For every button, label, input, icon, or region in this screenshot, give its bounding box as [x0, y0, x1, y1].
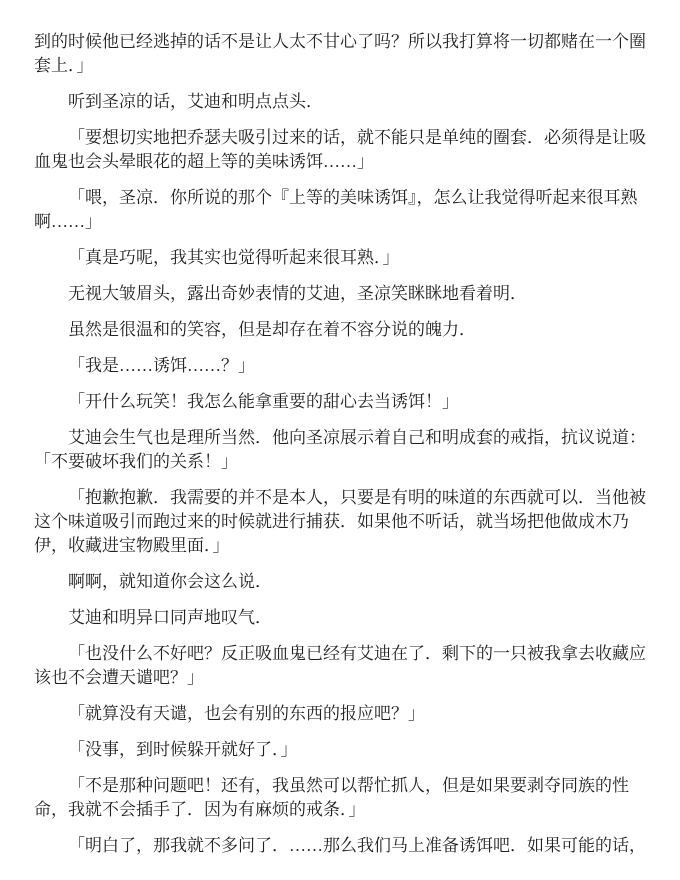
text-line: 艾迪会生气也是理所当然．他向圣凉展示着自己和明成套的戒指，抗议说道： — [34, 426, 646, 450]
paragraph: 到的时候他已经逃掉的话不是让人太不甘心了吗？所以我打算将一切都赌在一个圈 套上．… — [34, 30, 646, 78]
text-line: 这个味道吸引而跑过来的时候就进行捕获．如果他不听话，就当场把他做成木乃 — [34, 510, 646, 534]
paragraph: 「开什么玩笑！我怎么能拿重要的甜心去当诱饵！」 — [34, 390, 646, 414]
text-line: 「开什么玩笑！我怎么能拿重要的甜心去当诱饵！」 — [34, 390, 646, 414]
text-line: 套上．」 — [34, 54, 646, 78]
paragraph: 「没事，到时候躲开就好了．」 — [34, 738, 646, 762]
paragraph: 无视大皱眉头，露出奇妙表情的艾迪，圣凉笑眯眯地看着明． — [34, 282, 646, 306]
text-line: 「就算没有天谴，也会有别的东西的报应吧？」 — [34, 702, 646, 726]
paragraph: 「真是巧呢，我其实也觉得听起来很耳熟．」 — [34, 246, 646, 270]
paragraph: 「也没什么不好吧？反正吸血鬼已经有艾迪在了．剩下的一只被我拿去收藏应 该也不会遭… — [34, 642, 646, 690]
text-line: 伊，收藏进宝物殿里面．」 — [34, 534, 646, 558]
paragraph: 艾迪会生气也是理所当然．他向圣凉展示着自己和明成套的戒指，抗议说道： 「不要破坏… — [34, 426, 646, 474]
paragraph: 「喂，圣凉．你所说的那个『上等的美味诱饵』，怎么让我觉得听起来很耳熟 啊……」 — [34, 186, 646, 234]
text-line: 「也没什么不好吧？反正吸血鬼已经有艾迪在了．剩下的一只被我拿去收藏应 — [34, 642, 646, 666]
text-line: 艾迪和明异口同声地叹气． — [34, 606, 646, 630]
text-line: 「我是……诱饵……？」 — [34, 354, 646, 378]
text-line: 啊……」 — [34, 210, 646, 234]
paragraph: 听到圣凉的话，艾迪和明点点头． — [34, 90, 646, 114]
paragraph: 「不是那种问题吧！还有，我虽然可以帮忙抓人，但是如果要剥夺同族的性 命，我就不会… — [34, 774, 646, 822]
text-line: 虽然是很温和的笑容，但是却存在着不容分说的魄力． — [34, 318, 646, 342]
text-line: 「喂，圣凉．你所说的那个『上等的美味诱饵』，怎么让我觉得听起来很耳熟 — [34, 186, 646, 210]
text-line: 「不要破坏我们的关系！」 — [34, 450, 646, 474]
text-line: 「不是那种问题吧！还有，我虽然可以帮忙抓人，但是如果要剥夺同族的性 — [34, 774, 646, 798]
text-line: 「抱歉抱歉．我需要的并不是本人，只要是有明的味道的东西就可以．当他被 — [34, 486, 646, 510]
text-line: 「明白了，那我就不多问了．……那么我们马上准备诱饵吧．如果可能的话， — [34, 834, 646, 858]
text-line: 「真是巧呢，我其实也觉得听起来很耳熟．」 — [34, 246, 646, 270]
text-line: 血鬼也会头晕眼花的超上等的美味诱饵……」 — [34, 150, 646, 174]
paragraph: 「要想切实地把乔瑟夫吸引过来的话，就不能只是单纯的圈套．必须得是让吸 血鬼也会头… — [34, 126, 646, 174]
paragraph: 「明白了，那我就不多问了．……那么我们马上准备诱饵吧．如果可能的话， — [34, 834, 646, 858]
paragraph: 「抱歉抱歉．我需要的并不是本人，只要是有明的味道的东西就可以．当他被 这个味道吸… — [34, 486, 646, 558]
paragraph: 虽然是很温和的笑容，但是却存在着不容分说的魄力． — [34, 318, 646, 342]
novel-text-page: 到的时候他已经逃掉的话不是让人太不甘心了吗？所以我打算将一切都赌在一个圈 套上．… — [0, 0, 680, 880]
text-line: 该也不会遭天谴吧？」 — [34, 666, 646, 690]
text-line: 「要想切实地把乔瑟夫吸引过来的话，就不能只是单纯的圈套．必须得是让吸 — [34, 126, 646, 150]
text-line: 命，我就不会插手了．因为有麻烦的戒条．」 — [34, 798, 646, 822]
text-line: 到的时候他已经逃掉的话不是让人太不甘心了吗？所以我打算将一切都赌在一个圈 — [34, 30, 646, 54]
paragraph: 「我是……诱饵……？」 — [34, 354, 646, 378]
text-line: 啊啊，就知道你会这么说． — [34, 570, 646, 594]
text-line: 无视大皱眉头，露出奇妙表情的艾迪，圣凉笑眯眯地看着明． — [34, 282, 646, 306]
text-line: 听到圣凉的话，艾迪和明点点头． — [34, 90, 646, 114]
text-line: 「没事，到时候躲开就好了．」 — [34, 738, 646, 762]
paragraph: 艾迪和明异口同声地叹气． — [34, 606, 646, 630]
paragraph: 「就算没有天谴，也会有别的东西的报应吧？」 — [34, 702, 646, 726]
paragraph: 啊啊，就知道你会这么说． — [34, 570, 646, 594]
